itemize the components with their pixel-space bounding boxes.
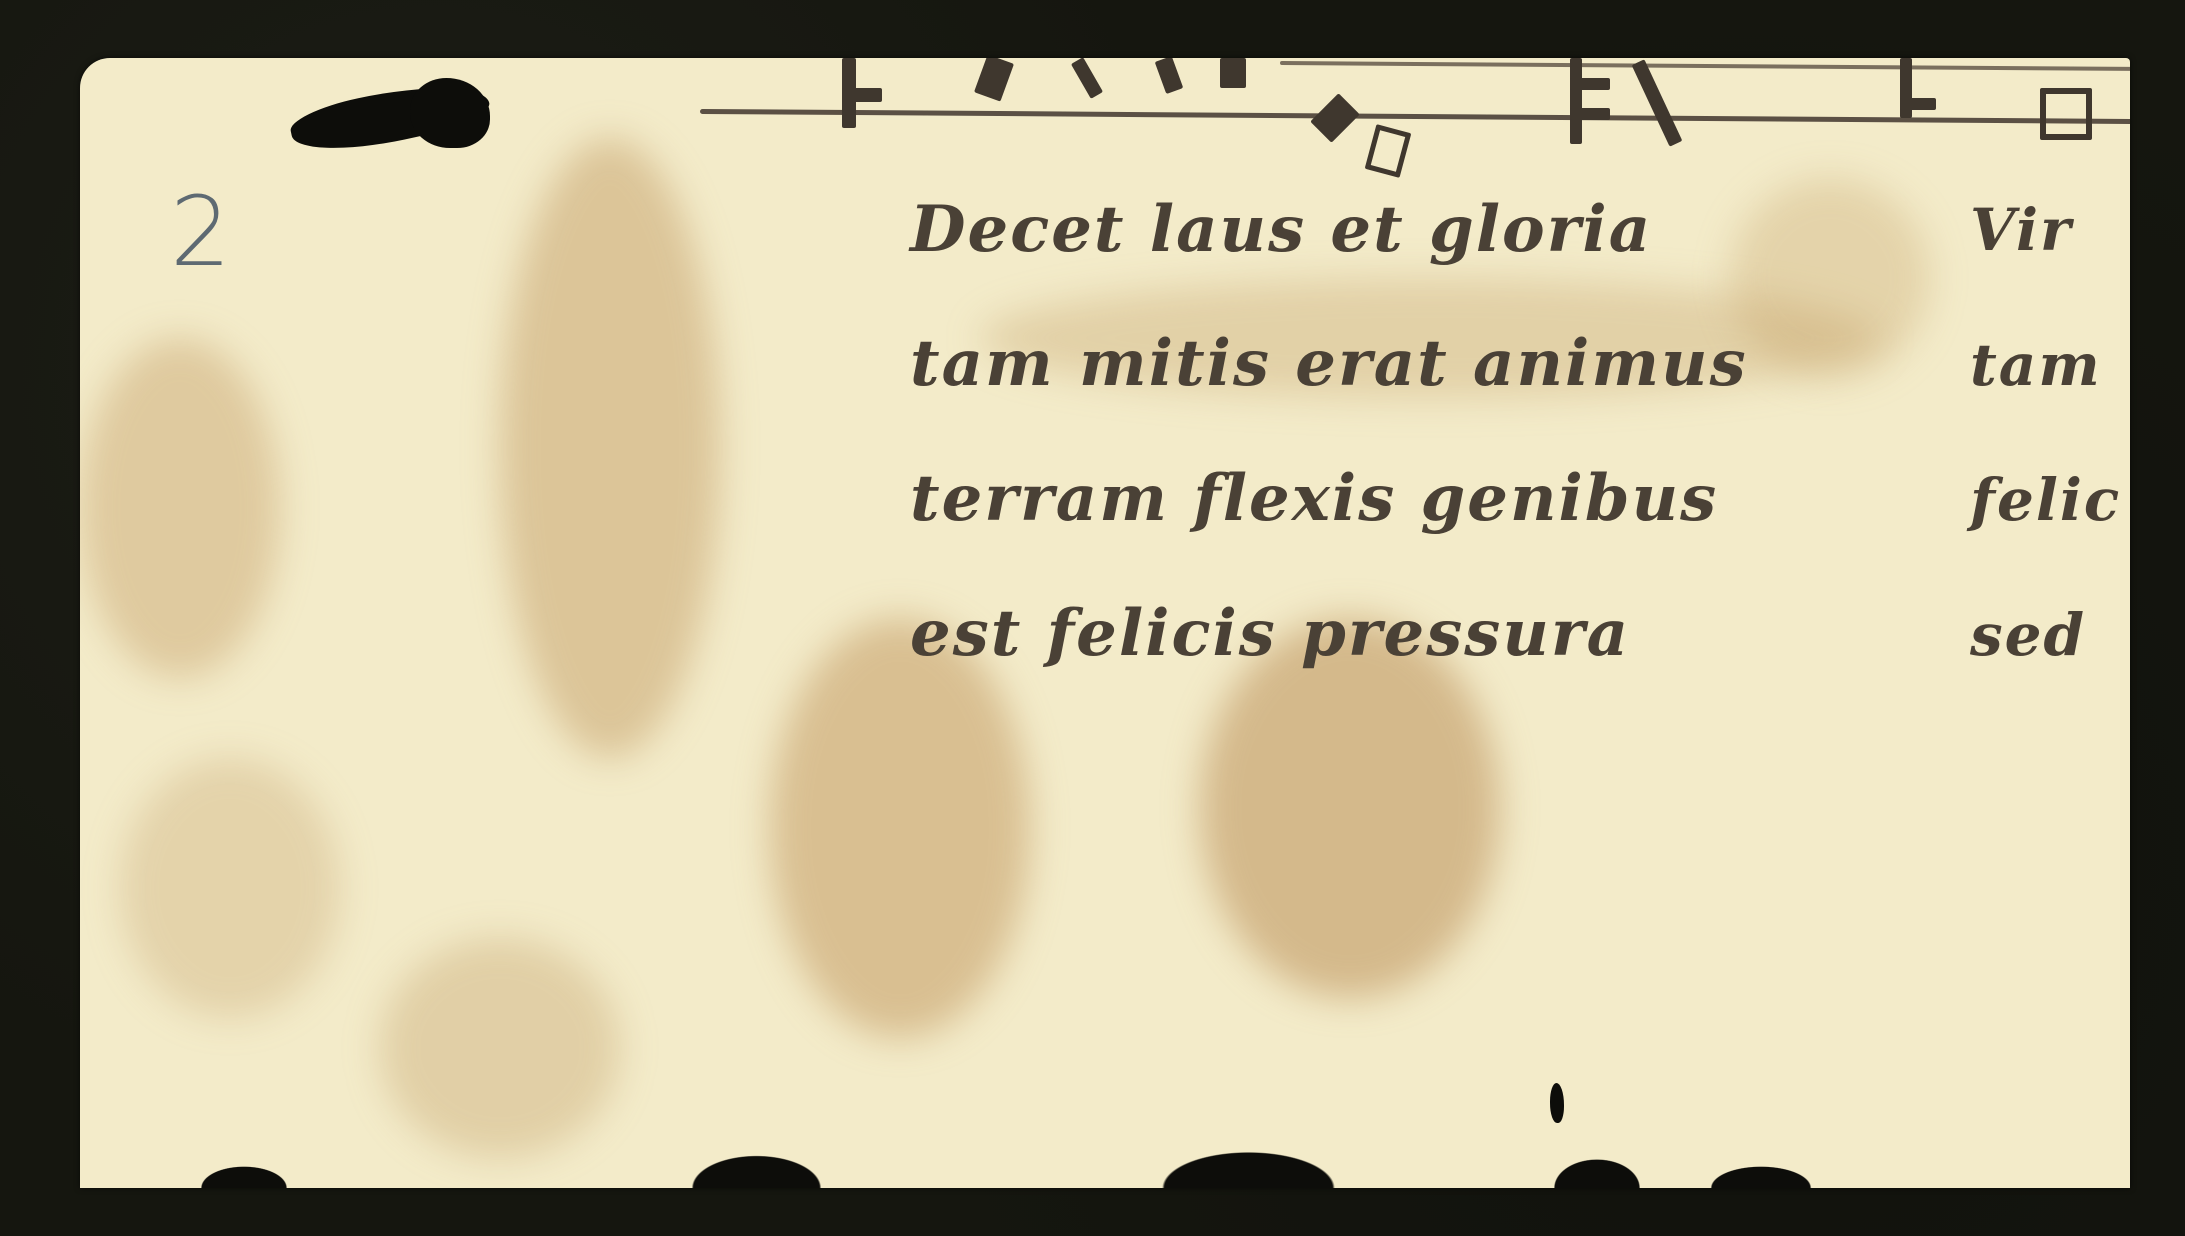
- parchment-leaf: 2 Decet laus et gloria tam mitis erat an…: [80, 58, 2130, 1188]
- torn-edge: [80, 1148, 2130, 1188]
- text-line: terram flexis genibus: [910, 461, 1718, 536]
- text-line: sed: [1970, 601, 2086, 669]
- staff-line: [700, 109, 2130, 124]
- stain: [380, 938, 620, 1158]
- worm-hole: [410, 78, 490, 148]
- text-line: Decet laus et gloria: [910, 192, 1652, 267]
- stain: [1730, 178, 1930, 378]
- text-line: felic: [1970, 466, 2121, 534]
- stain: [120, 758, 340, 1018]
- folio-number: 2: [170, 176, 231, 288]
- text-line: Vir: [1970, 196, 2073, 264]
- stain: [1200, 618, 1500, 998]
- text-line: tam mitis erat animus: [910, 326, 1748, 401]
- stain: [500, 138, 720, 758]
- staff-line: [1280, 61, 2130, 71]
- stain: [80, 338, 280, 678]
- slit-hole: [1550, 1083, 1564, 1123]
- stain: [770, 618, 1030, 1038]
- text-line: tam: [1970, 331, 2102, 399]
- text-line: est felicis pressura: [910, 596, 1630, 671]
